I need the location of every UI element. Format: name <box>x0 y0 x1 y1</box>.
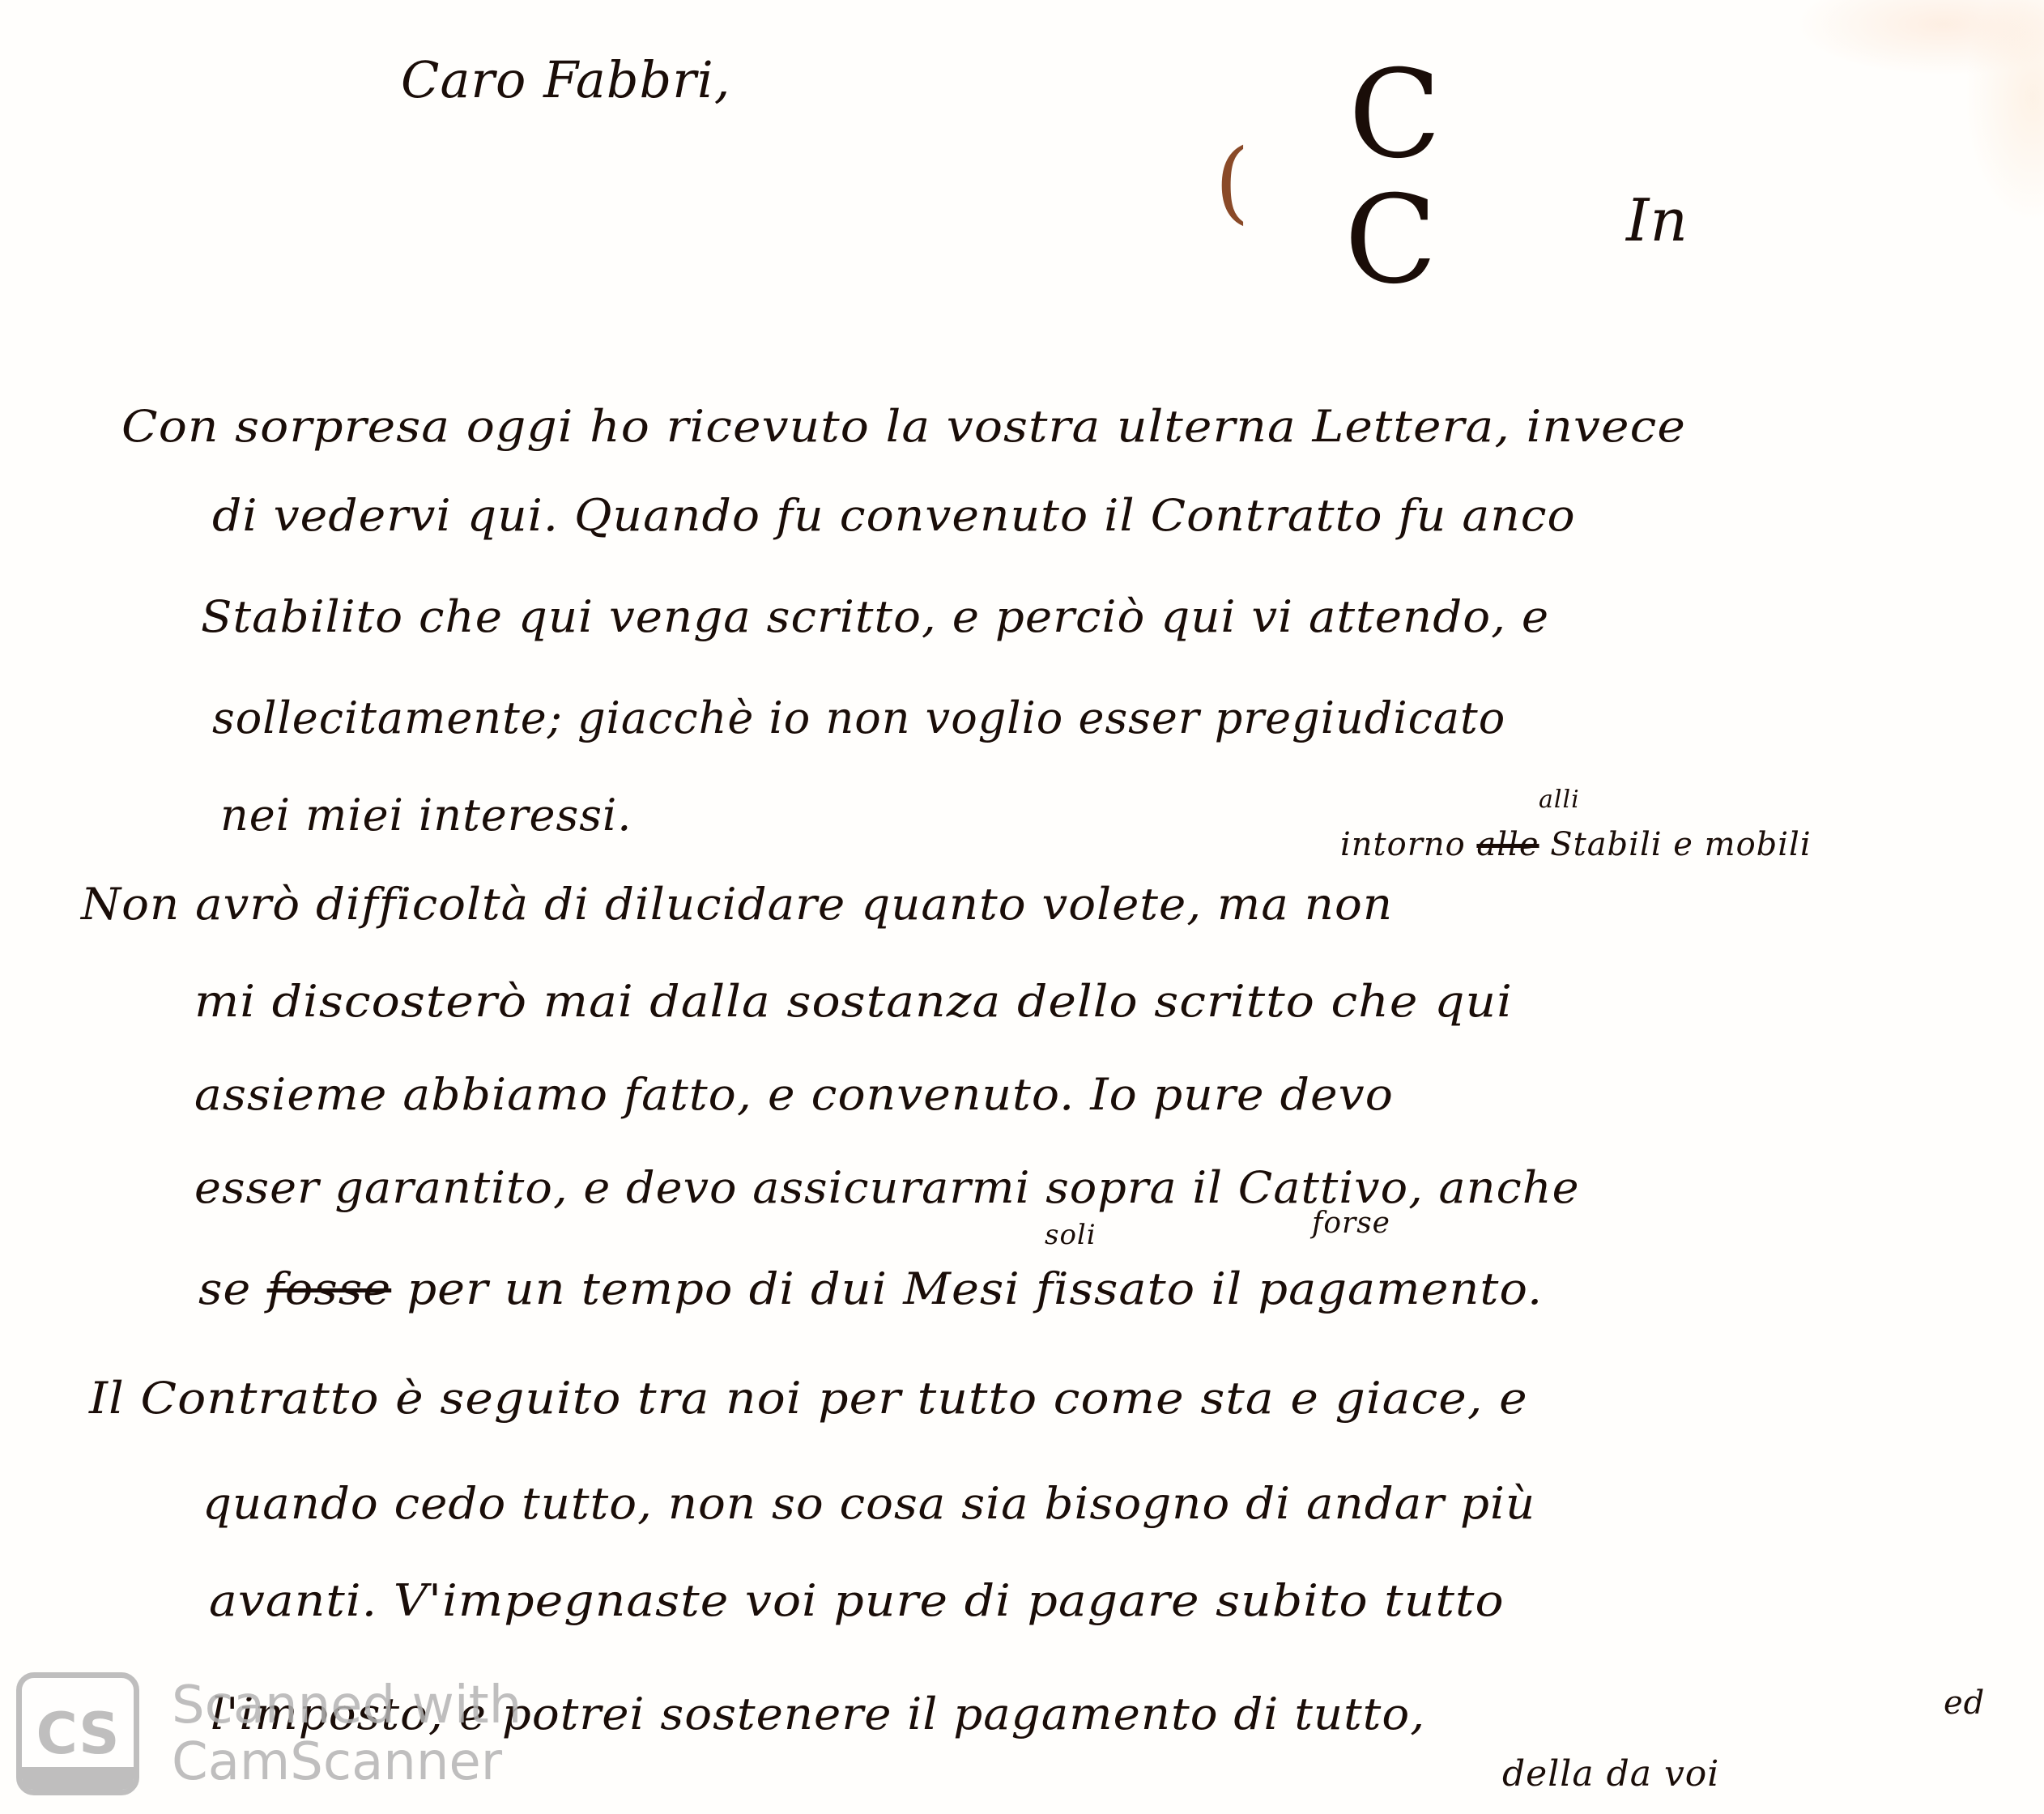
line-10-end: per un tempo di dui Mesi fissato il paga… <box>407 1263 1543 1314</box>
struck-word: alle <box>1476 826 1539 863</box>
letter-line-4: sollecitamente; giacchè io non voglio es… <box>212 692 1505 743</box>
letter-line-5: nei miei interessi. <box>220 790 632 841</box>
letter-line-9: esser garantito, e devo assicurarmi sopr… <box>194 1162 1580 1213</box>
letter-line-3: Stabilito che qui venga scritto, e perci… <box>201 591 1549 642</box>
corner-mark-initials: In <box>1626 186 1688 254</box>
letter-line-6: Non avrò difficoltà di dilucidare quanto… <box>81 879 1393 930</box>
struck-word-fosse: fosse <box>267 1263 392 1314</box>
watermark-text: Scanned with CamScanner <box>172 1677 522 1791</box>
letter-line-2: di vedervi qui. Quando fu convenuto il C… <box>212 490 1576 541</box>
insertion-soli: soli <box>1045 1219 1097 1251</box>
insertion-ed: ed <box>1944 1684 1985 1722</box>
watermark-line-1: Scanned with <box>172 1677 522 1734</box>
letter-line-10: se fosse per un tempo di dui Mesi fissat… <box>198 1263 1543 1314</box>
letter-line-7: mi discosterò mai dalla sostanza dello s… <box>194 976 1513 1027</box>
letter-line-1: Con sorpresa oggi ho ricevuto la vostra … <box>121 401 1686 452</box>
letter-line-13: avanti. V'impegnaste voi pure di pagare … <box>209 1575 1505 1626</box>
line-10-start: se <box>198 1263 251 1314</box>
camscanner-watermark: CS Scanned with CamScanner <box>16 1672 522 1795</box>
insertion-alli: alli <box>1539 786 1580 814</box>
letter-line-8: assieme abbiamo fatto, e convenuto. Io p… <box>194 1069 1394 1120</box>
letter-line-12: quando cedo tutto, non so cosa sia bisog… <box>202 1478 1535 1529</box>
insertion-della-da-voi: della da voi <box>1502 1753 1719 1795</box>
insertion-intorno: intorno alle Stabili e mobili <box>1340 826 1812 863</box>
insertion-word: intorno <box>1340 826 1466 863</box>
insertion-after: Stabili e mobili <box>1550 826 1811 863</box>
corner-mark-c-upper: C <box>1348 45 1442 185</box>
watermark-line-2: CamScanner <box>172 1734 522 1791</box>
scanned-letter-page: Caro Fabbri, ( C C In Con sorpresa oggi … <box>0 0 2044 1814</box>
corner-mark-c-lower: C <box>1344 170 1438 311</box>
insertion-forse: forse <box>1312 1207 1390 1240</box>
letter-line-11: Il Contratto è seguito tra noi per tutto… <box>89 1373 1528 1424</box>
camscanner-logo-icon: CS <box>16 1672 139 1795</box>
corner-mark-faint: ( <box>1215 130 1250 233</box>
salutation: Caro Fabbri, <box>401 50 730 109</box>
